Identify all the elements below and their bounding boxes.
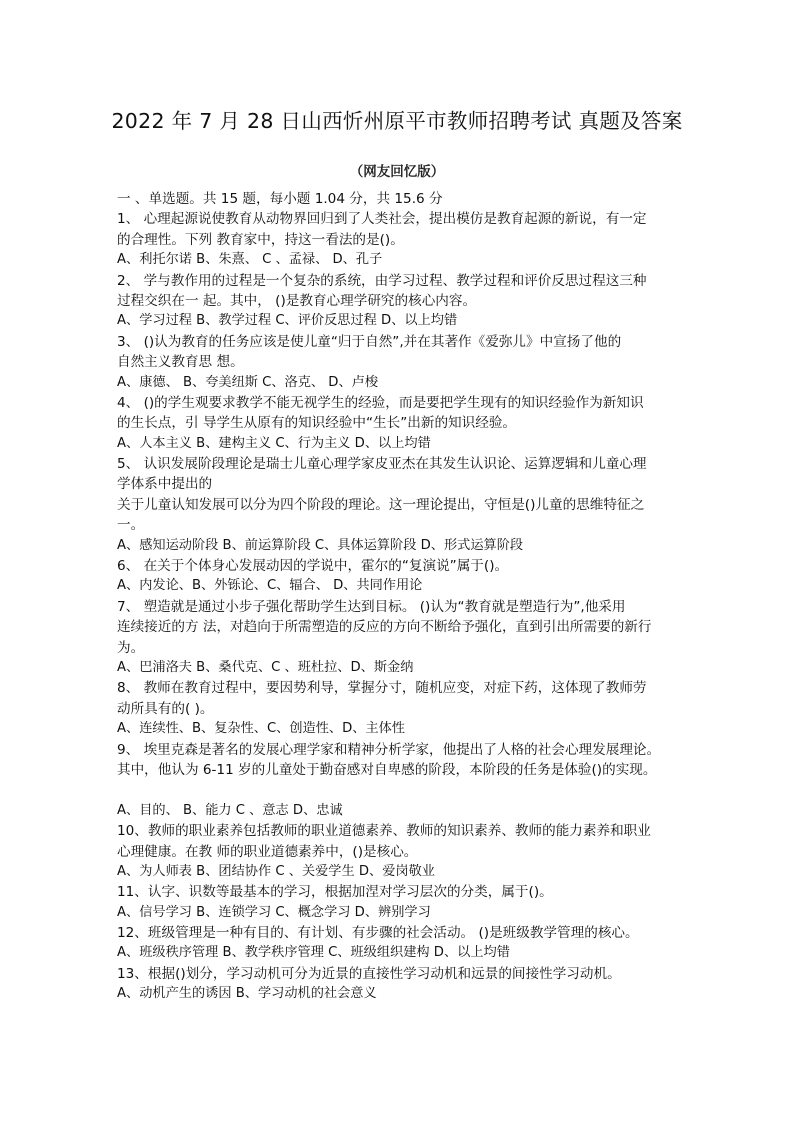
answer-options: A、为人师表 B、团结协作 C 、关爱学生 D、爱岗敬业 [117, 862, 679, 882]
question-list: 1、 心理起源说使教育从动物界回归到了人类社会，提出模仿是教育起源的新说，有一定… [117, 209, 679, 1004]
answer-options: A、动机产生的诱因 B、学习动机的社会意义 [117, 984, 679, 1004]
question-item: 2、 学与教作用的过程是一个复杂的系统，由学习过程、教学过程和评价反思过程这三种… [117, 271, 679, 332]
question-text-line: 6、 在关于个体身心发展动因的学说中，霍尔的“复演说”属于()。 [117, 556, 679, 576]
question-item: 5、 认识发展阶段理论是瑞士儿童心理学家皮亚杰在其发生认识论、运算逻辑和儿童心理… [117, 454, 679, 556]
question-text-line: 关于儿童认知发展可以分为四个阶段的理论。这一理论提出，守恒是()儿童的思维特征之 [117, 495, 679, 515]
question-text-line: 一。 [117, 515, 679, 535]
question-text-line: 11、认字、识数等最基本的学习，根据加涅对学习层次的分类，属于()。 [117, 882, 679, 902]
question-item: 1、 心理起源说使教育从动物界回归到了人类社会，提出模仿是教育起源的新说，有一定… [117, 209, 679, 270]
answer-options: A、目的、 B、能力 C 、意志 D、忠诚 [117, 801, 679, 821]
question-text-line: 连续接近的方 法，对趋向于所需塑造的反应的方向不断给予强化，直到引出所需要的新行 [117, 617, 679, 637]
answer-options: A、内发论、B、外铄论、C、辐合、 D、共同作用论 [117, 576, 679, 596]
question-item: 9、 埃里克森是著名的发展心理学家和精神分析学家，他提出了人格的社会心理发展理论… [117, 740, 679, 822]
answer-options: A、班级秩序管理 B、教学秩序管理 C、班级组织建构 D、以上均错 [117, 943, 679, 963]
question-item: 10、教师的职业素养包括教师的职业道德素养、教师的知识素养、教师的能力素养和职业… [117, 821, 679, 882]
answer-options: A、康德、 B、夸美纽斯 C、洛克、 D、卢梭 [117, 373, 679, 393]
answer-options: A、学习过程 B、教学过程 C、评价反思过程 D、以上均错 [117, 311, 679, 331]
question-text-line: 4、 ()的学生观要求教学不能无视学生的经验，而是要把学生现有的知识经验作为新知… [117, 393, 679, 413]
question-text-line: 的合理性。下列 教育家中，持这一看法的是()。 [117, 230, 679, 250]
question-text-line: 1、 心理起源说使教育从动物界回归到了人类社会，提出模仿是教育起源的新说，有一定 [117, 209, 679, 229]
answer-options: A、连续性、B、复杂性、C、创造性、D、主体性 [117, 719, 679, 739]
question-text-line: 其中，他认为 6-11 岁的儿童处于勤奋感对自卑感的阶段，本阶段的任务是体验()… [117, 760, 679, 780]
question-text-line: 自然主义教育思 想。 [117, 352, 679, 372]
question-text-line: 10、教师的职业素养包括教师的职业道德素养、教师的知识素养、教师的能力素养和职业 [117, 821, 679, 841]
question-text-line: 学体系中提出的 [117, 474, 679, 494]
question-item: 4、 ()的学生观要求教学不能无视学生的经验，而是要把学生现有的知识经验作为新知… [117, 393, 679, 454]
question-text-line: 为。 [117, 638, 679, 658]
question-text-line: 8、 教师在教育过程中，要因势利导，掌握分寸，随机应变，对症下药，这体现了教师劳 [117, 678, 679, 698]
question-item: 13、根据()划分，学习动机可分为近景的直接性学习动机和远景的间接性学习动机。A… [117, 964, 679, 1005]
answer-options: A、信号学习 B、连锁学习 C、概念学习 D、辨别学习 [117, 903, 679, 923]
question-text-line: 7、 塑造就是通过小步子强化帮助学生达到目标。 ()认为“教育就是塑造行为”,他… [117, 597, 679, 617]
section-heading: 一 、单选题。共 15 题，每小题 1.04 分，共 15.6 分 [117, 189, 679, 209]
answer-options: A、人本主义 B、建构主义 C、行为主义 D、以上均错 [117, 434, 679, 454]
question-text-line: 5、 认识发展阶段理论是瑞士儿童心理学家皮亚杰在其发生认识论、运算逻辑和儿童心理 [117, 454, 679, 474]
question-text-line: 过程交织在一 起。其中， ()是教育心理学研究的核心内容。 [117, 291, 679, 311]
blank-line [117, 780, 679, 800]
question-item: 3、 ()认为教育的任务应该是使儿童“归于自然”,并在其著作《爱弥儿》中宣扬了他… [117, 332, 679, 393]
answer-options: A、巴浦洛夫 B、桑代克、C 、班杜拉、D、斯金纳 [117, 658, 679, 678]
document-title: 2022 年 7 月 28 日山西忻州原平市教师招聘考试 真题及答案 [0, 104, 794, 134]
document-subtitle: （网友回忆版） [0, 160, 794, 180]
question-text-line: 9、 埃里克森是著名的发展心理学家和精神分析学家，他提出了人格的社会心理发展理论… [117, 740, 679, 760]
answer-options: A、利托尔诺 B、朱熹、 C 、孟禄、 D、孔子 [117, 250, 679, 270]
question-item: 6、 在关于个体身心发展动因的学说中，霍尔的“复演说”属于()。A、内发论、B、… [117, 556, 679, 597]
question-item: 12、班级管理是一种有目的、有计划、有步骤的社会活动。 ()是班级教学管理的核心… [117, 923, 679, 964]
question-text-line: 动所具有的( )。 [117, 699, 679, 719]
question-text-line: 心理健康。在教 师的职业道德素养中，()是核心。 [117, 842, 679, 862]
question-text-line: 3、 ()认为教育的任务应该是使儿童“归于自然”,并在其著作《爱弥儿》中宣扬了他… [117, 332, 679, 352]
question-item: 8、 教师在教育过程中，要因势利导，掌握分寸，随机应变，对症下药，这体现了教师劳… [117, 678, 679, 739]
question-text-line: 的生长点，引 导学生从原有的知识经验中“生长”出新的知识经验。 [117, 413, 679, 433]
question-item: 11、认字、识数等最基本的学习，根据加涅对学习层次的分类，属于()。A、信号学习… [117, 882, 679, 923]
question-text-line: 2、 学与教作用的过程是一个复杂的系统，由学习过程、教学过程和评价反思过程这三种 [117, 271, 679, 291]
document-page: 2022 年 7 月 28 日山西忻州原平市教师招聘考试 真题及答案 （网友回忆… [0, 0, 794, 1123]
question-text-line: 13、根据()划分，学习动机可分为近景的直接性学习动机和远景的间接性学习动机。 [117, 964, 679, 984]
answer-options: A、感知运动阶段 B、前运算阶段 C、具体运算阶段 D、形式运算阶段 [117, 536, 679, 556]
document-body: 一 、单选题。共 15 题，每小题 1.04 分，共 15.6 分 1、 心理起… [117, 189, 679, 1005]
question-text-line: 12、班级管理是一种有目的、有计划、有步骤的社会活动。 ()是班级教学管理的核心… [117, 923, 679, 943]
question-item: 7、 塑造就是通过小步子强化帮助学生达到目标。 ()认为“教育就是塑造行为”,他… [117, 597, 679, 679]
